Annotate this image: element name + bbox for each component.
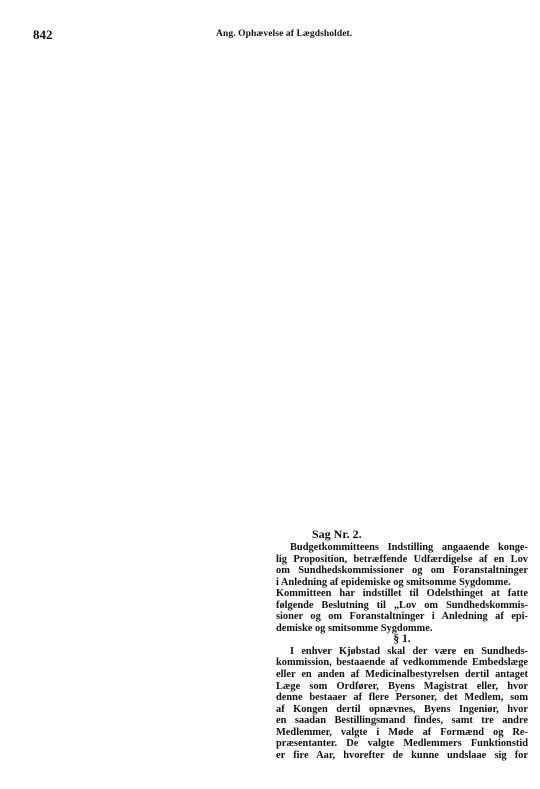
paragraph-line: Kommitteen har indstillet til Odelsthing… <box>276 588 528 600</box>
paragraph-line: præsentanter. De valgte Medlemmers Funkt… <box>276 738 528 750</box>
paragraph-line: kommission, bestaaende af vedkommende Em… <box>276 657 528 669</box>
paragraph-line: følgende Beslutning til „Lov om Sundheds… <box>276 600 528 612</box>
paragraph-line: i Anledning af epidemiske og smitsomme S… <box>276 577 528 589</box>
paragraph-line: I enhver Kjøbstad skal der være en Sundh… <box>276 646 528 658</box>
paragraph-line: en saadan Bestillingsmand findes, samt t… <box>276 715 528 727</box>
case-text-block: Sag Nr. 2. Budgetkommitteens Indstilling… <box>276 529 528 761</box>
paragraph-line: sioner og om Foranstaltninger i Anlednin… <box>276 611 528 623</box>
paragraph-line: denne bestaaer af flere Personer, det Me… <box>276 692 528 704</box>
paragraph-line: Læge som Ordfører, Byens Magistrat eller… <box>276 681 528 693</box>
paragraph-line: om Sundhedskommissioner og om Foranstalt… <box>276 565 528 577</box>
page-number: 842 <box>33 27 53 43</box>
section-heading: § 1. <box>276 634 528 646</box>
paragraph-line: Medlemmer, valgte i Møde af Formænd og R… <box>276 727 528 739</box>
paragraph-line: er fire Aar, hvorefter de kunne undslaae… <box>276 750 528 762</box>
paragraph-line: af Kongen dertil opnævnes, Byens Ingeniø… <box>276 704 528 716</box>
case-title: Sag Nr. 2. <box>276 529 528 542</box>
running-header: Ang. Ophævelse af Lægdsholdet. <box>216 29 352 39</box>
paragraph-line: lig Proposition, betræffende Udfærdigels… <box>276 554 528 566</box>
paragraph-line: Budgetkommitteens Indstilling angaaende … <box>276 542 528 554</box>
paragraph-line: eller en anden af Medicinalbestyrelsen d… <box>276 669 528 681</box>
